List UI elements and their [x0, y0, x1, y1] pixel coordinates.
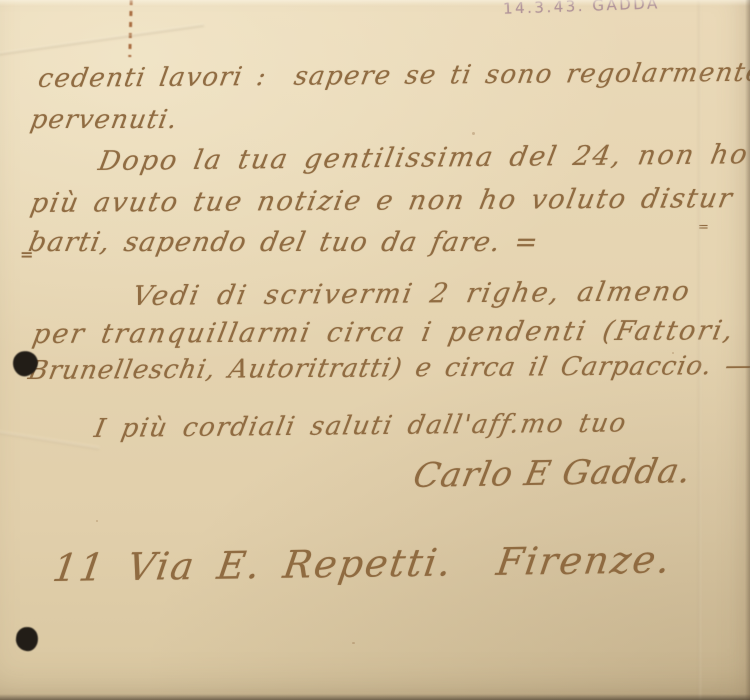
margin-mark: = [20, 245, 33, 264]
letter-line: barti, sapendo del tuo da fare. = [26, 227, 542, 258]
letter-page: 14.3.43. GADDA cedenti lavori : sapere s… [0, 0, 750, 700]
letter-line: cedenti lavori : sapere se ti sono regol… [36, 58, 750, 94]
rust-mark [128, 0, 132, 57]
paper-edge-shadow [0, 694, 750, 700]
letter-line: Brunelleschi, Autoritratti) e circa il C… [26, 351, 750, 386]
letter-line: più avuto tue notizie e non ho voluto di… [28, 183, 736, 219]
letter-line: pervenuti. [28, 105, 180, 135]
paper-edge-highlight [0, 0, 750, 6]
address-line: 11 Via E. Repetti. Firenze. [50, 537, 675, 590]
foxing-speck [672, 352, 674, 354]
signature: Carlo E Gadda. [410, 451, 695, 496]
hyphenation-mark: = [698, 220, 709, 235]
fold-crease [0, 429, 100, 450]
letter-line: I più cordiali saluti dall'aff.mo tuo [92, 408, 630, 444]
foxing-speck [96, 520, 98, 522]
letter-line: per tranquillarmi circa i pendenti (Fatt… [30, 315, 737, 350]
paper-edge-shadow [745, 0, 750, 700]
fold-crease [0, 24, 204, 60]
fold-crease [698, 0, 701, 700]
foxing-speck [472, 132, 475, 135]
letter-line: Dopo la tua gentilissima del 24, non ho [96, 139, 750, 177]
letter-line: Vedi di scrivermi 2 righe, almeno [130, 276, 694, 312]
foxing-speck [352, 642, 355, 644]
ink-blot-hole [14, 626, 39, 653]
